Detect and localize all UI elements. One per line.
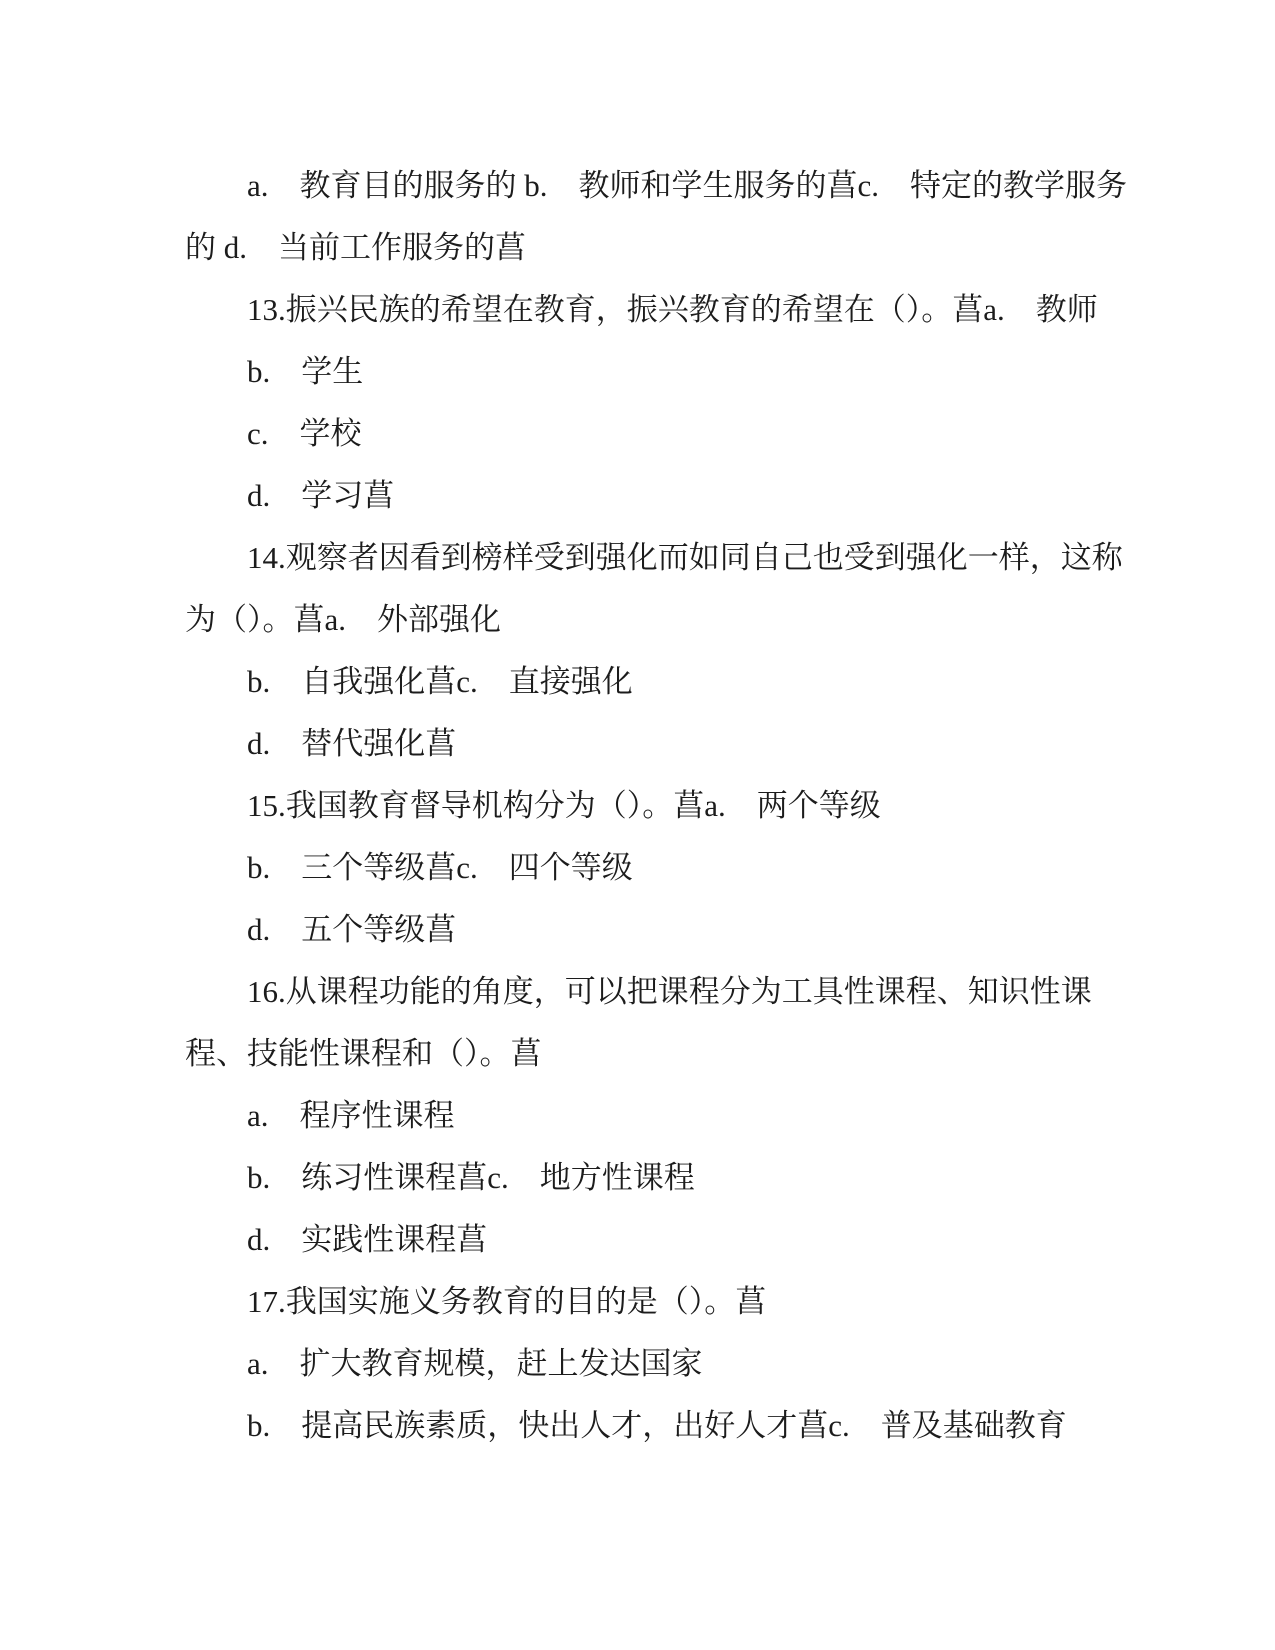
question-16: 16.从课程功能的角度，可以把课程分为工具性课程、知识性课程、技能性课程和（）。… [185,961,1130,1085]
question-14-options-b-c: b. 自我强化菖c. 直接强化 [185,651,1130,713]
question-14: 14.观察者因看到榜样受到强化而如同自己也受到强化一样，这称为（）。菖a. 外部… [185,527,1130,651]
question-17-options-b-c: b. 提高民族素质，快出人才，出好人才菖c. 普及基础教育 [185,1395,1130,1457]
question-15: 15.我国教育督导机构分为（）。菖a. 两个等级 [185,775,1130,837]
document-page: a. 教育目的服务的 b. 教师和学生服务的菖c. 特定的教学服务的 d. 当前… [0,0,1275,1650]
question-16-option-a: a. 程序性课程 [185,1085,1130,1147]
question-13-option-d: d. 学习菖 [185,465,1130,527]
question-15-option-d: d. 五个等级菖 [185,899,1130,961]
question-16-option-d: d. 实践性课程菖 [185,1209,1130,1271]
question-15-options-b-c: b. 三个等级菖c. 四个等级 [185,837,1130,899]
question-17: 17.我国实施义务教育的目的是（）。菖 [185,1271,1130,1333]
question-13-option-c: c. 学校 [185,403,1130,465]
question-14-option-d: d. 替代强化菖 [185,713,1130,775]
question-12-options-tail: a. 教育目的服务的 b. 教师和学生服务的菖c. 特定的教学服务的 d. 当前… [185,155,1130,279]
question-16-options-b-c: b. 练习性课程菖c. 地方性课程 [185,1147,1130,1209]
question-17-option-a: a. 扩大教育规模，赶上发达国家 [185,1333,1130,1395]
question-13: 13.振兴民族的希望在教育，振兴教育的希望在（）。菖a. 教师 [185,279,1130,341]
question-13-option-b: b. 学生 [185,341,1130,403]
